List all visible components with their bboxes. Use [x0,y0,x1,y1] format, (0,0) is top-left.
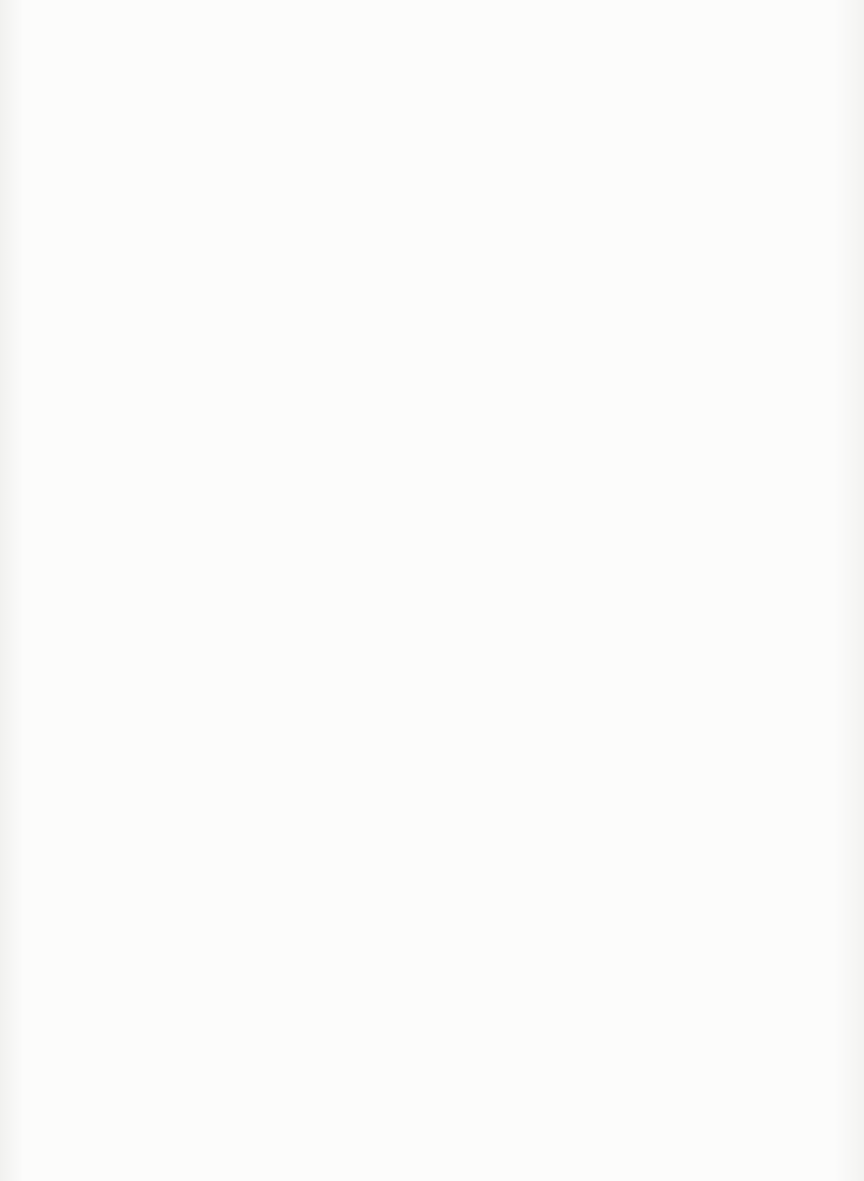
clause-4-1 [130,825,750,849]
clause-4-2 [130,873,750,897]
chapter-heading-4 [130,743,750,767]
section-heading-3-3 [130,637,750,661]
section-heading-3-2-4 [130,157,750,181]
section-heading-3-2-7 [130,397,750,421]
scan-edge-right [834,0,864,1181]
scan-edge-left [0,0,22,1181]
section-heading-3-2-7-1 [130,421,750,445]
section-heading-3-2-5 [130,254,750,278]
section-heading-3-2-6 [130,326,750,350]
document-page [0,0,864,1181]
section-heading-3-2-7-2 [130,541,750,565]
clause-4-3 [130,897,750,921]
